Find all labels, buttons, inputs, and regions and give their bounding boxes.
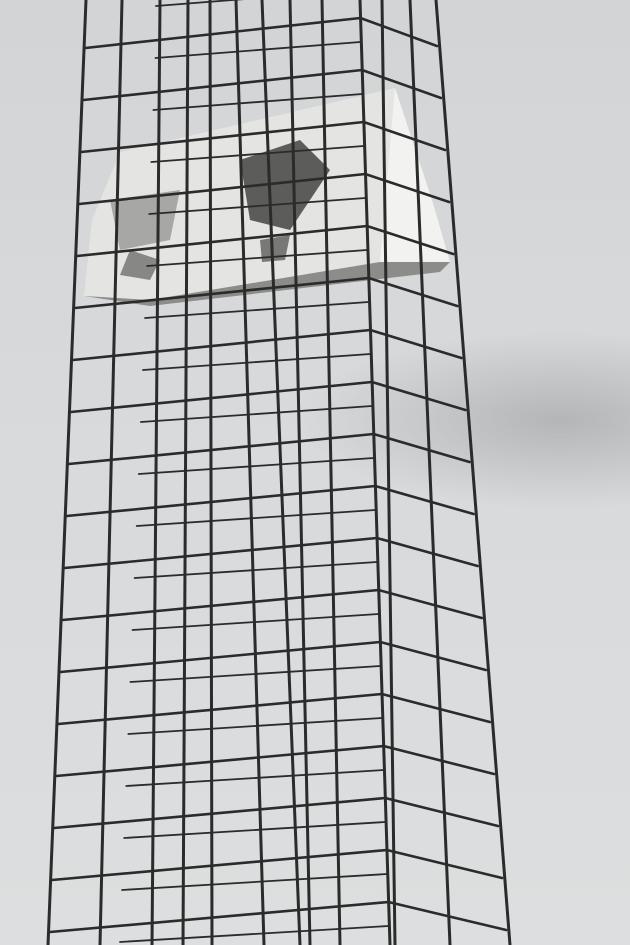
mesh-sculpture bbox=[0, 0, 630, 945]
photograph bbox=[0, 0, 630, 945]
